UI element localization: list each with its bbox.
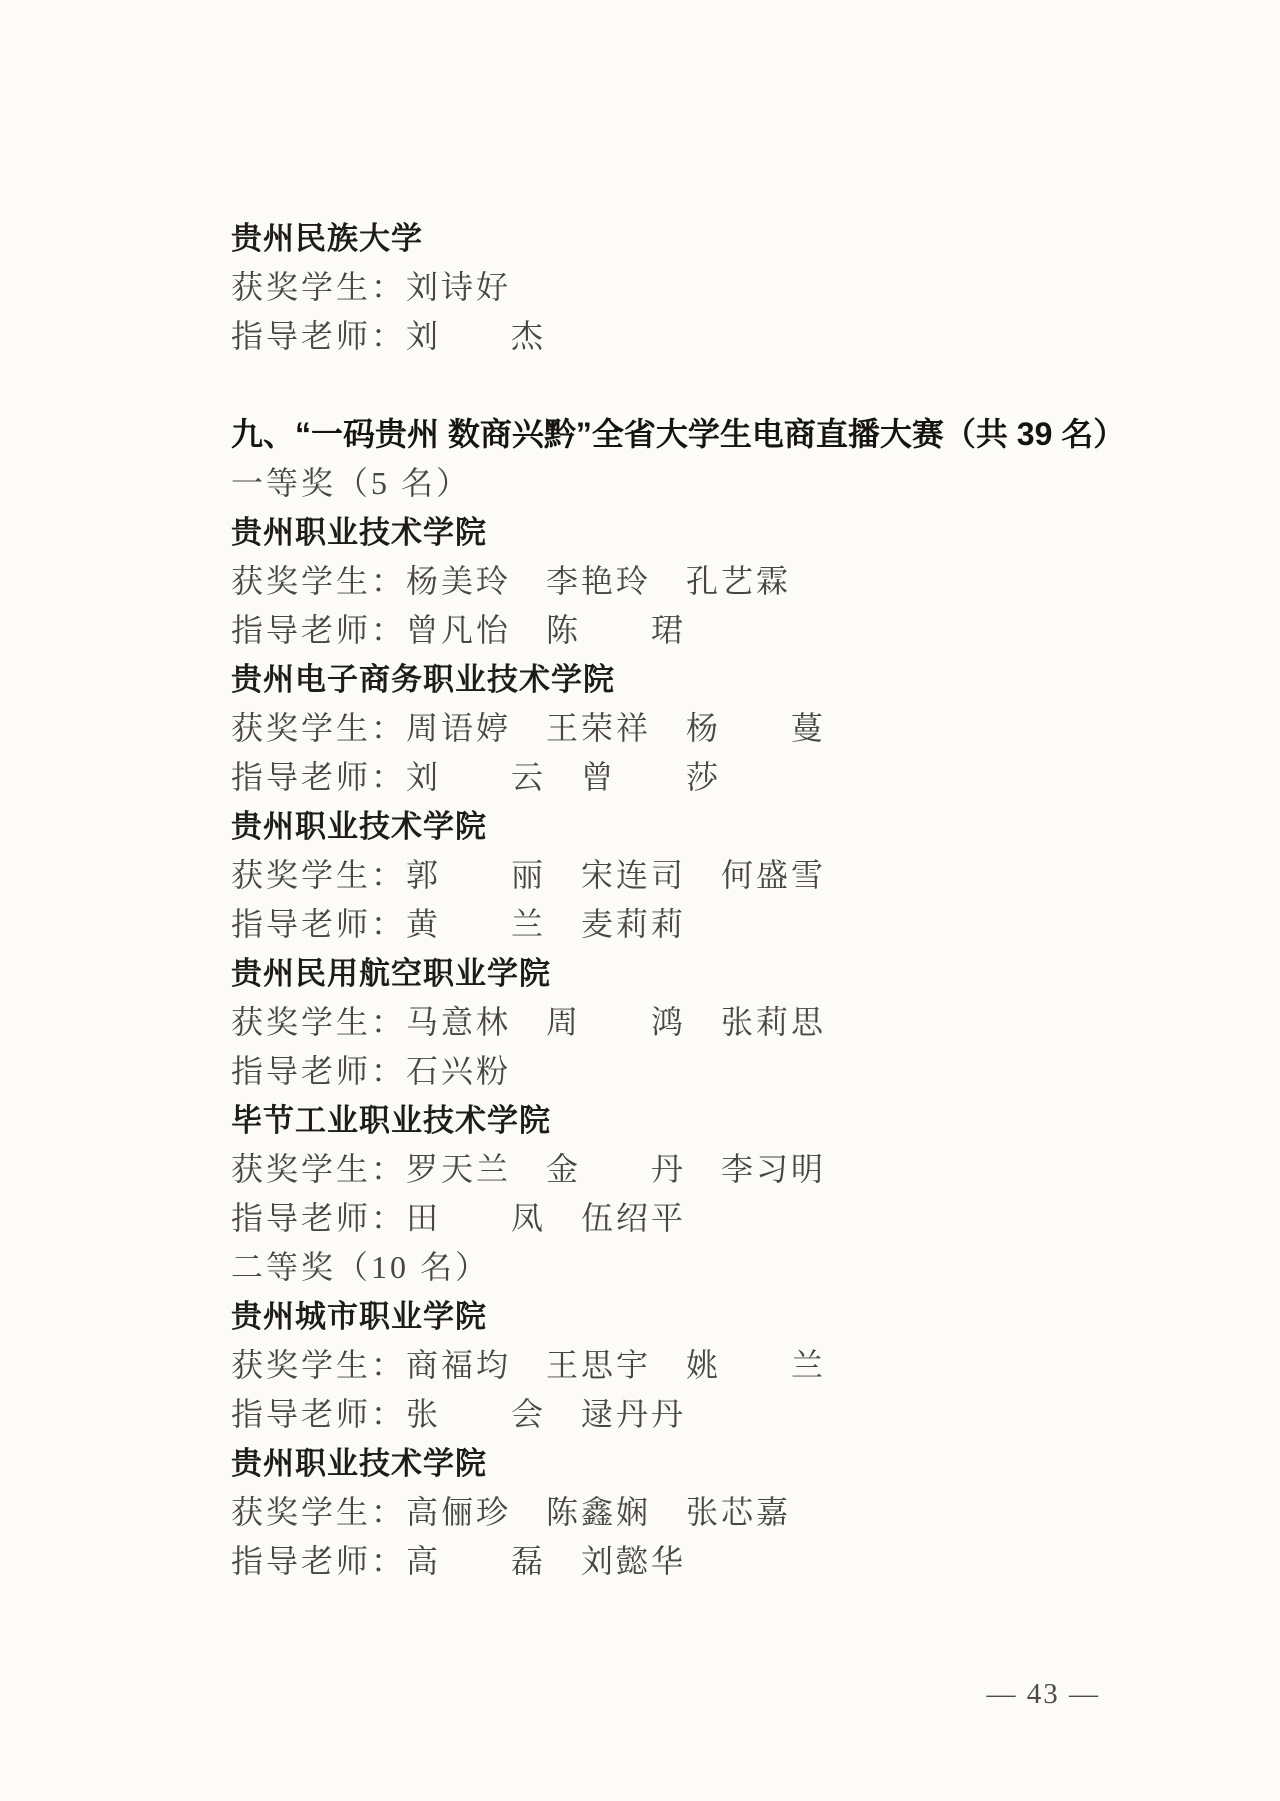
school-name-line: 贵州民族大学 <box>231 214 1171 263</box>
content-area: 贵州民族大学获奖学生：刘诗好指导老师：刘 杰九、“一码贵州 数商兴黔”全省大学生… <box>231 214 1171 1586</box>
advisor-teachers-line: 指导老师：刘 杰 <box>231 312 1171 361</box>
school-name-line: 贵州职业技术学院 <box>231 1439 1171 1488</box>
school-name-line: 贵州民用航空职业学院 <box>231 949 1171 998</box>
awarded-students-line: 获奖学生：马意林 周 鸿 张莉思 <box>231 998 1171 1047</box>
advisor-teachers-line: 指导老师：张 会 逯丹丹 <box>231 1390 1171 1439</box>
page-number: — 43 — <box>987 1678 1101 1711</box>
section-heading: 九、“一码贵州 数商兴黔”全省大学生电商直播大赛（共 39 名） <box>231 410 1171 459</box>
school-name-line: 贵州城市职业学院 <box>231 1292 1171 1341</box>
school-name-line: 贵州职业技术学院 <box>231 802 1171 851</box>
award-tier-heading: 二等奖（10 名） <box>231 1243 1171 1292</box>
awarded-students-line: 获奖学生：郭 丽 宋连司 何盛雪 <box>231 851 1171 900</box>
advisor-teachers-line: 指导老师：黄 兰 麦莉莉 <box>231 900 1171 949</box>
advisor-teachers-line: 指导老师：石兴粉 <box>231 1047 1171 1096</box>
award-tier-heading: 一等奖（5 名） <box>231 459 1171 508</box>
advisor-teachers-line: 指导老师：曾凡怡 陈 珺 <box>231 606 1171 655</box>
school-name-line: 贵州电子商务职业技术学院 <box>231 655 1171 704</box>
awarded-students-line: 获奖学生：周语婷 王荣祥 杨 蔓 <box>231 704 1171 753</box>
awarded-students-line: 获奖学生：刘诗好 <box>231 263 1171 312</box>
school-name-line: 毕节工业职业技术学院 <box>231 1096 1171 1145</box>
awarded-students-line: 获奖学生：杨美玲 李艳玲 孔艺霖 <box>231 557 1171 606</box>
awarded-students-line: 获奖学生：商福均 王思宇 姚 兰 <box>231 1341 1171 1390</box>
blank-line <box>231 361 1171 410</box>
school-name-line: 贵州职业技术学院 <box>231 508 1171 557</box>
advisor-teachers-line: 指导老师：高 磊 刘懿华 <box>231 1537 1171 1586</box>
advisor-teachers-line: 指导老师：刘 云 曾 莎 <box>231 753 1171 802</box>
awarded-students-line: 获奖学生：高俪珍 陈鑫娴 张芯嘉 <box>231 1488 1171 1537</box>
advisor-teachers-line: 指导老师：田 凤 伍绍平 <box>231 1194 1171 1243</box>
document-page: 贵州民族大学获奖学生：刘诗好指导老师：刘 杰九、“一码贵州 数商兴黔”全省大学生… <box>0 0 1280 1801</box>
awarded-students-line: 获奖学生：罗天兰 金 丹 李习明 <box>231 1145 1171 1194</box>
